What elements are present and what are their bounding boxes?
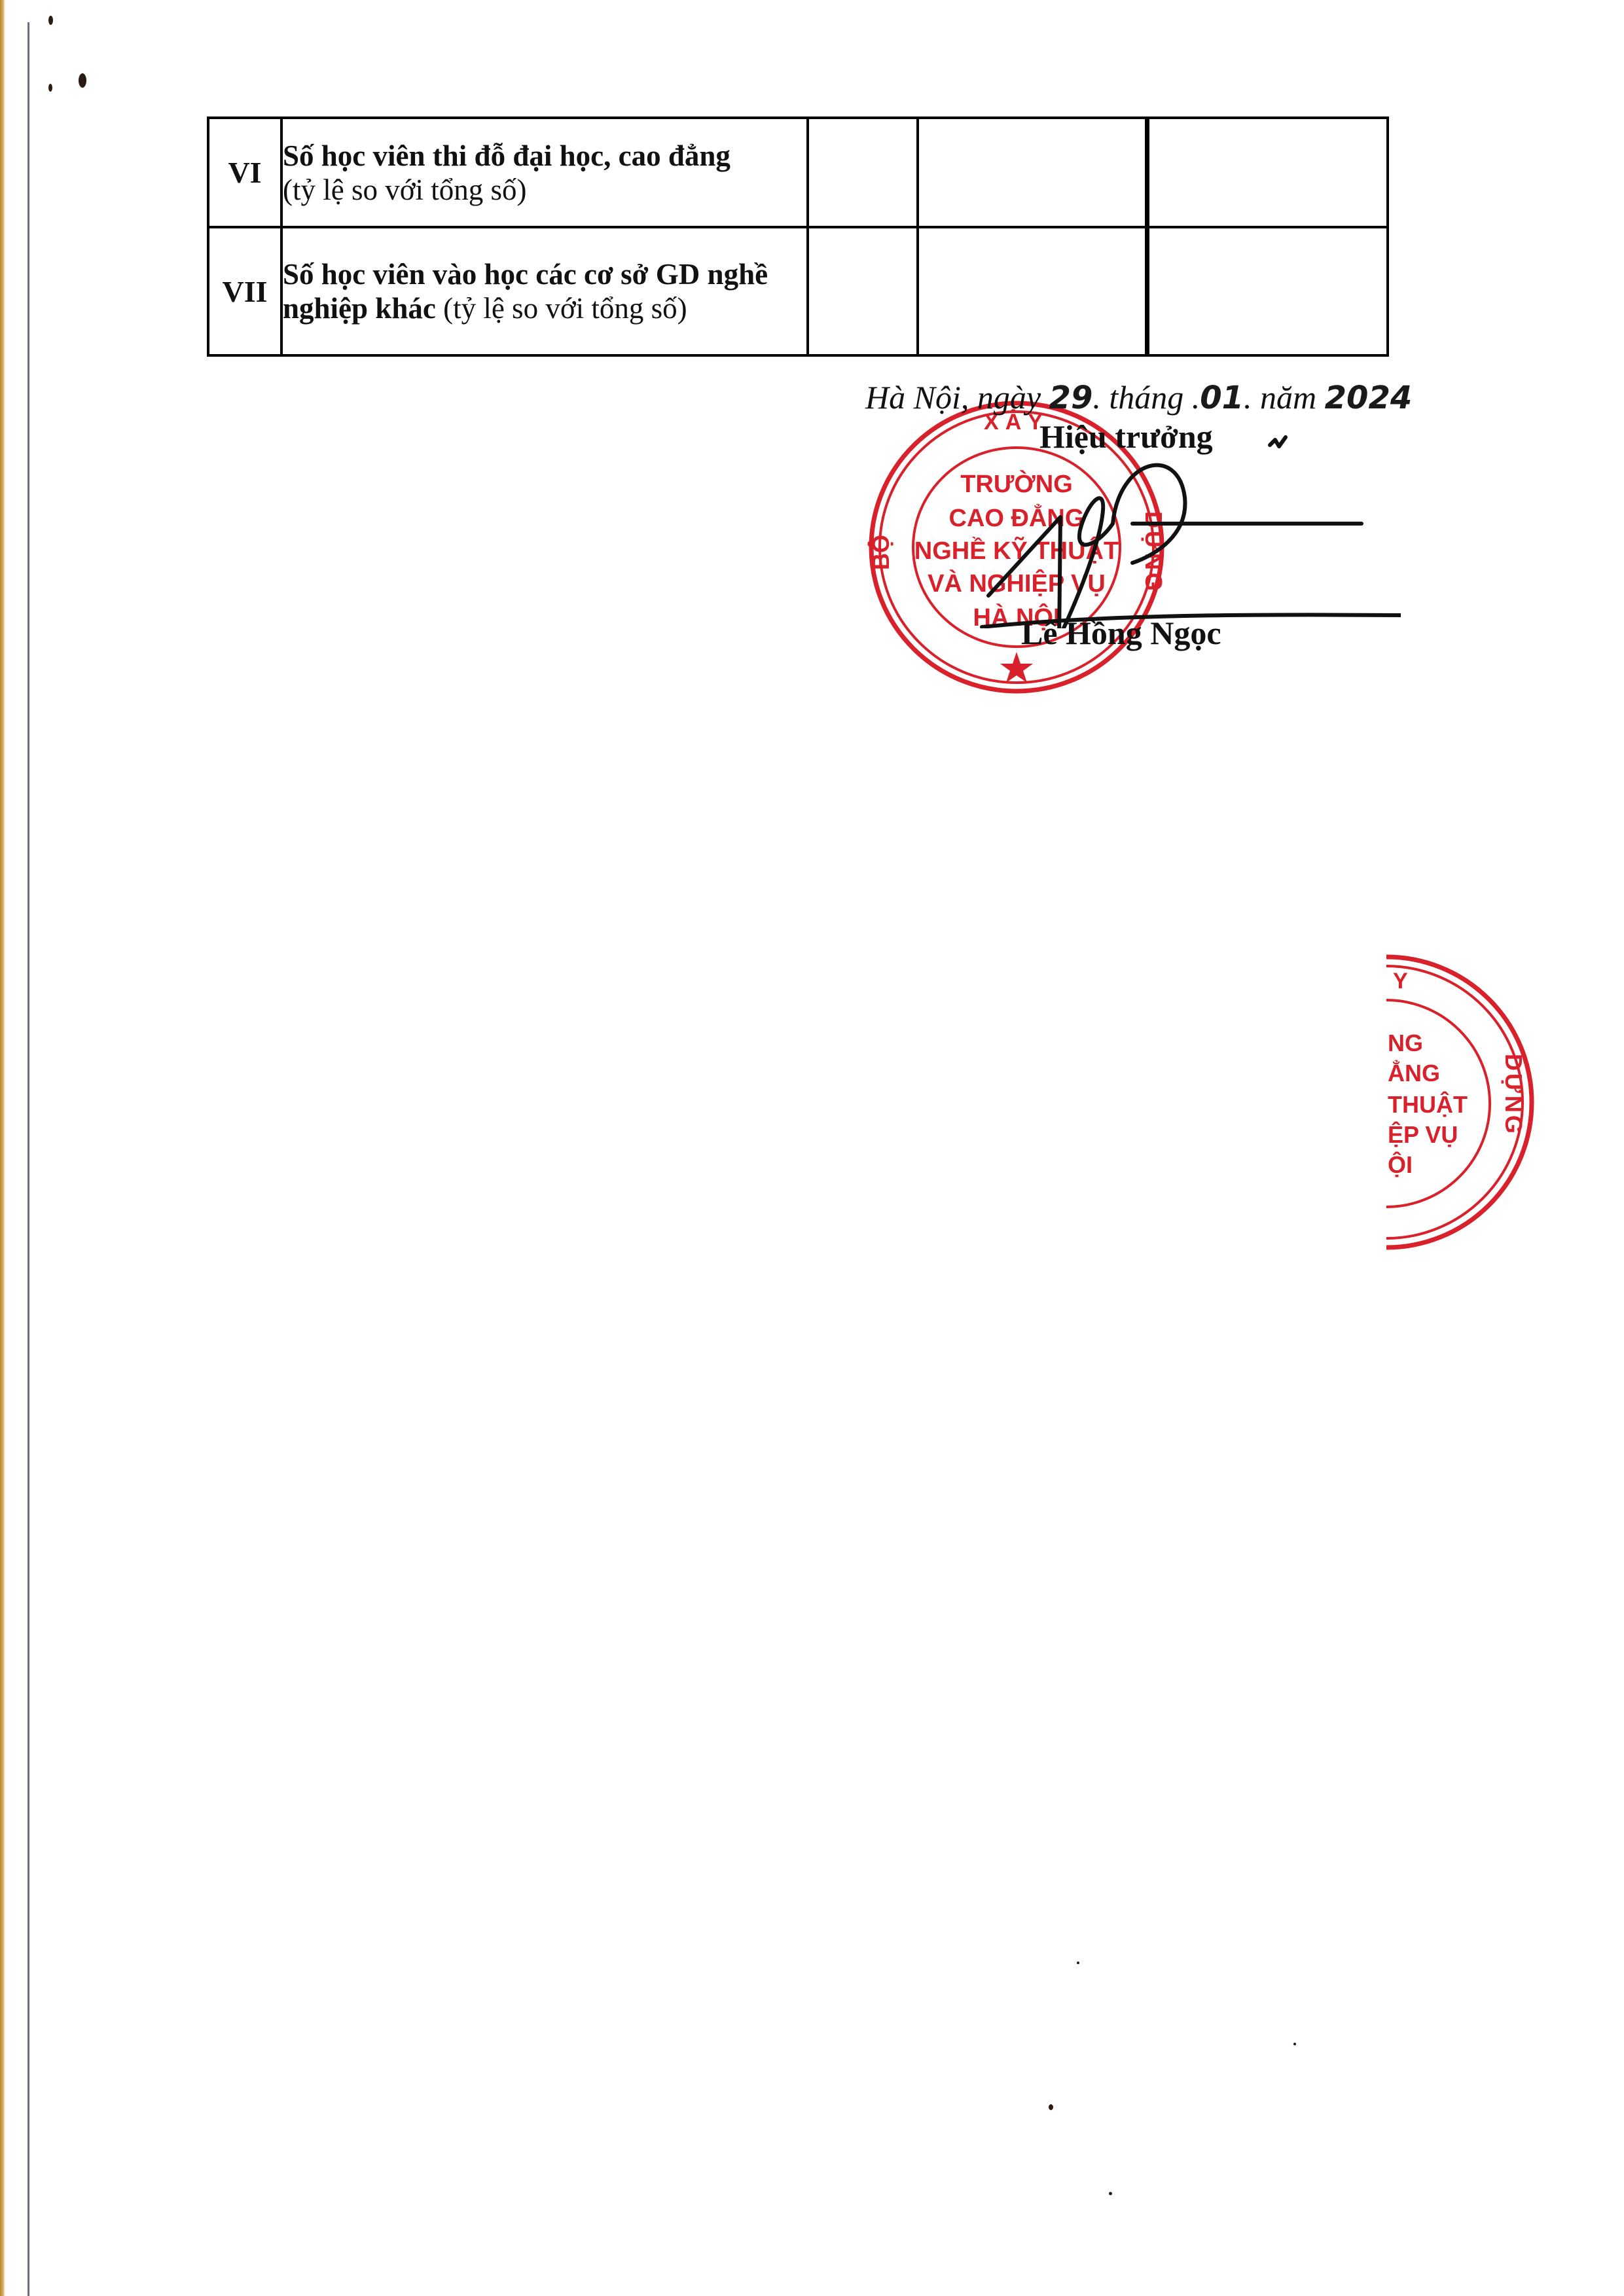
row-number: VI	[208, 118, 281, 227]
row-value-3	[1147, 118, 1388, 227]
row-note: (tỷ lệ so với tổng số)	[443, 292, 687, 325]
stamp-seal-icon: Y NG ẲNG THUẬT ỆP VỤ ỘI DỰNG	[1381, 942, 1551, 1257]
row-value-1	[808, 118, 918, 227]
report-table: VI Số học viên thi đỗ đại học, cao đẳng …	[207, 117, 1389, 357]
row-value-1	[808, 227, 918, 355]
partial-stamp-line-2: NG	[1388, 1030, 1423, 1056]
date-year: 2024	[1325, 380, 1413, 416]
speck	[79, 73, 86, 88]
partial-stamp-line-3: ẲNG	[1388, 1059, 1440, 1086]
table-row: VI Số học viên thi đỗ đại học, cao đẳng …	[208, 118, 1388, 227]
date-month-label: tháng	[1109, 379, 1183, 416]
speck	[48, 16, 53, 25]
row-number: VII	[208, 227, 281, 355]
star-icon	[1000, 652, 1033, 683]
row-description: Số học viên vào học các cơ sở GD nghề ng…	[281, 227, 808, 355]
date-place: Hà Nội, ngày	[865, 379, 1041, 416]
row-title: Số học viên thi đỗ đại học, cao đẳng	[283, 139, 731, 172]
stamp-left-text: BỘ	[867, 535, 894, 570]
date-month: 01	[1200, 380, 1244, 416]
partial-stamp: Y NG ẲNG THUẬT ỆP VỤ ỘI DỰNG	[1381, 942, 1551, 1260]
speck	[1049, 2104, 1053, 2110]
date-line: Hà Nội, ngày 29. tháng .01. năm 2024	[865, 378, 1412, 416]
row-value-3	[1147, 227, 1388, 355]
speck	[48, 84, 52, 92]
table-row: VII Số học viên vào học các cơ sở GD ngh…	[208, 227, 1388, 355]
report-table-wrap: VI Số học viên thi đỗ đại học, cao đẳng …	[207, 117, 1389, 357]
speck	[1293, 2043, 1296, 2045]
row-description: Số học viên thi đỗ đại học, cao đẳng (tỷ…	[281, 118, 808, 227]
date-day: 29	[1049, 380, 1093, 416]
row-value-2	[918, 118, 1147, 227]
row-value-2	[918, 227, 1147, 355]
row-note: (tỷ lệ so với tổng số)	[283, 173, 527, 206]
speck	[1077, 1962, 1079, 1964]
signature-icon	[903, 419, 1401, 628]
speck	[1109, 2192, 1112, 2195]
signer-name: Lê Hồng Ngọc	[1021, 614, 1221, 652]
scan-edge	[0, 0, 5, 2296]
partial-stamp-line-5: ỆP VỤ	[1388, 1121, 1458, 1148]
handwritten-signature	[903, 419, 1401, 632]
partial-stamp-line-1: Y	[1393, 969, 1408, 994]
margin-line	[27, 22, 29, 2296]
partial-stamp-line-6: ỘI	[1388, 1151, 1413, 1178]
partial-stamp-line-4: THUẬT	[1388, 1090, 1468, 1118]
date-year-label: năm	[1260, 379, 1316, 416]
partial-stamp-right-text: DỰNG	[1500, 1054, 1527, 1136]
